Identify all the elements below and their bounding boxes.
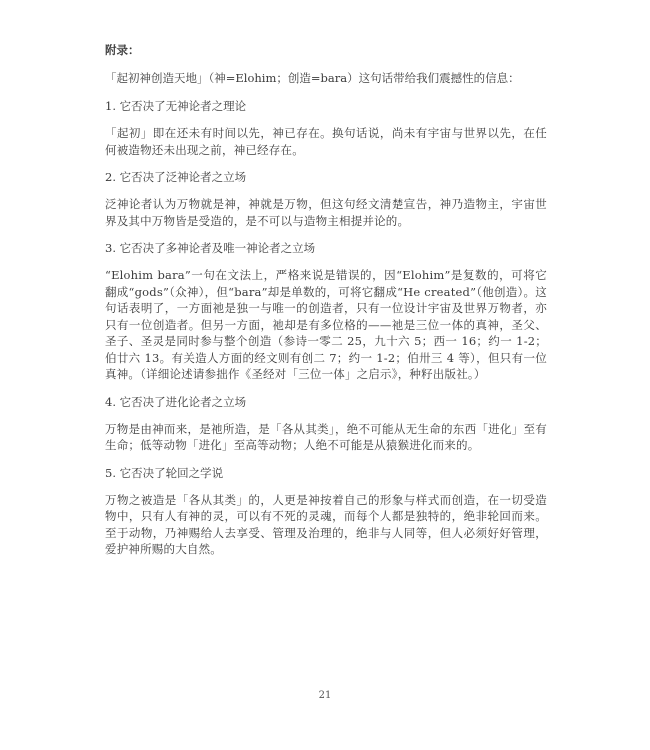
page-content: 附录： 「起初神创造天地」（神=Elohim；创造=bara）这句话带给我们震撼… bbox=[105, 42, 547, 569]
section-2-body: 泛神论者认为万物就是神，神就是万物，但这句经文清楚宣告，神乃造物主，宇宙世界及其… bbox=[105, 196, 547, 229]
section-1-body: 「起初」即在还未有时间以先，神已存在。换句话说，尚未有宇宙与世界以先，在任何被造… bbox=[105, 125, 547, 158]
intro-paragraph: 「起初神创造天地」（神=Elohim；创造=bara）这句话带给我们震撼性的信息… bbox=[105, 70, 547, 86]
section-1-title: 1. 它否决了无神论者之理论 bbox=[105, 98, 547, 114]
section-5-body: 万物之被造是「各从其类」的，人更是神按着自己的形象与样式而创造，在一切受造物中，… bbox=[105, 492, 547, 558]
page-number: 21 bbox=[0, 690, 650, 701]
section-4-title: 4. 它否决了进化论者之立场 bbox=[105, 394, 547, 410]
section-5-title: 5. 它否决了轮回之学说 bbox=[105, 465, 547, 481]
appendix-heading: 附录： bbox=[105, 42, 547, 58]
section-2-title: 2. 它否决了泛神论者之立场 bbox=[105, 169, 547, 185]
section-3-body: “Elohim bara”一句在文法上，严格来说是错误的，因“Elohim”是复… bbox=[105, 267, 547, 383]
section-4-body: 万物是由神而来，是祂所造，是「各从其类」，绝不可能从无生命的东西「进化」至有生命… bbox=[105, 421, 547, 454]
section-3-title: 3. 它否决了多神论者及唯一神论者之立场 bbox=[105, 240, 547, 256]
document-page: 附录： 「起初神创造天地」（神=Elohim；创造=bara）这句话带给我们震撼… bbox=[0, 0, 650, 750]
